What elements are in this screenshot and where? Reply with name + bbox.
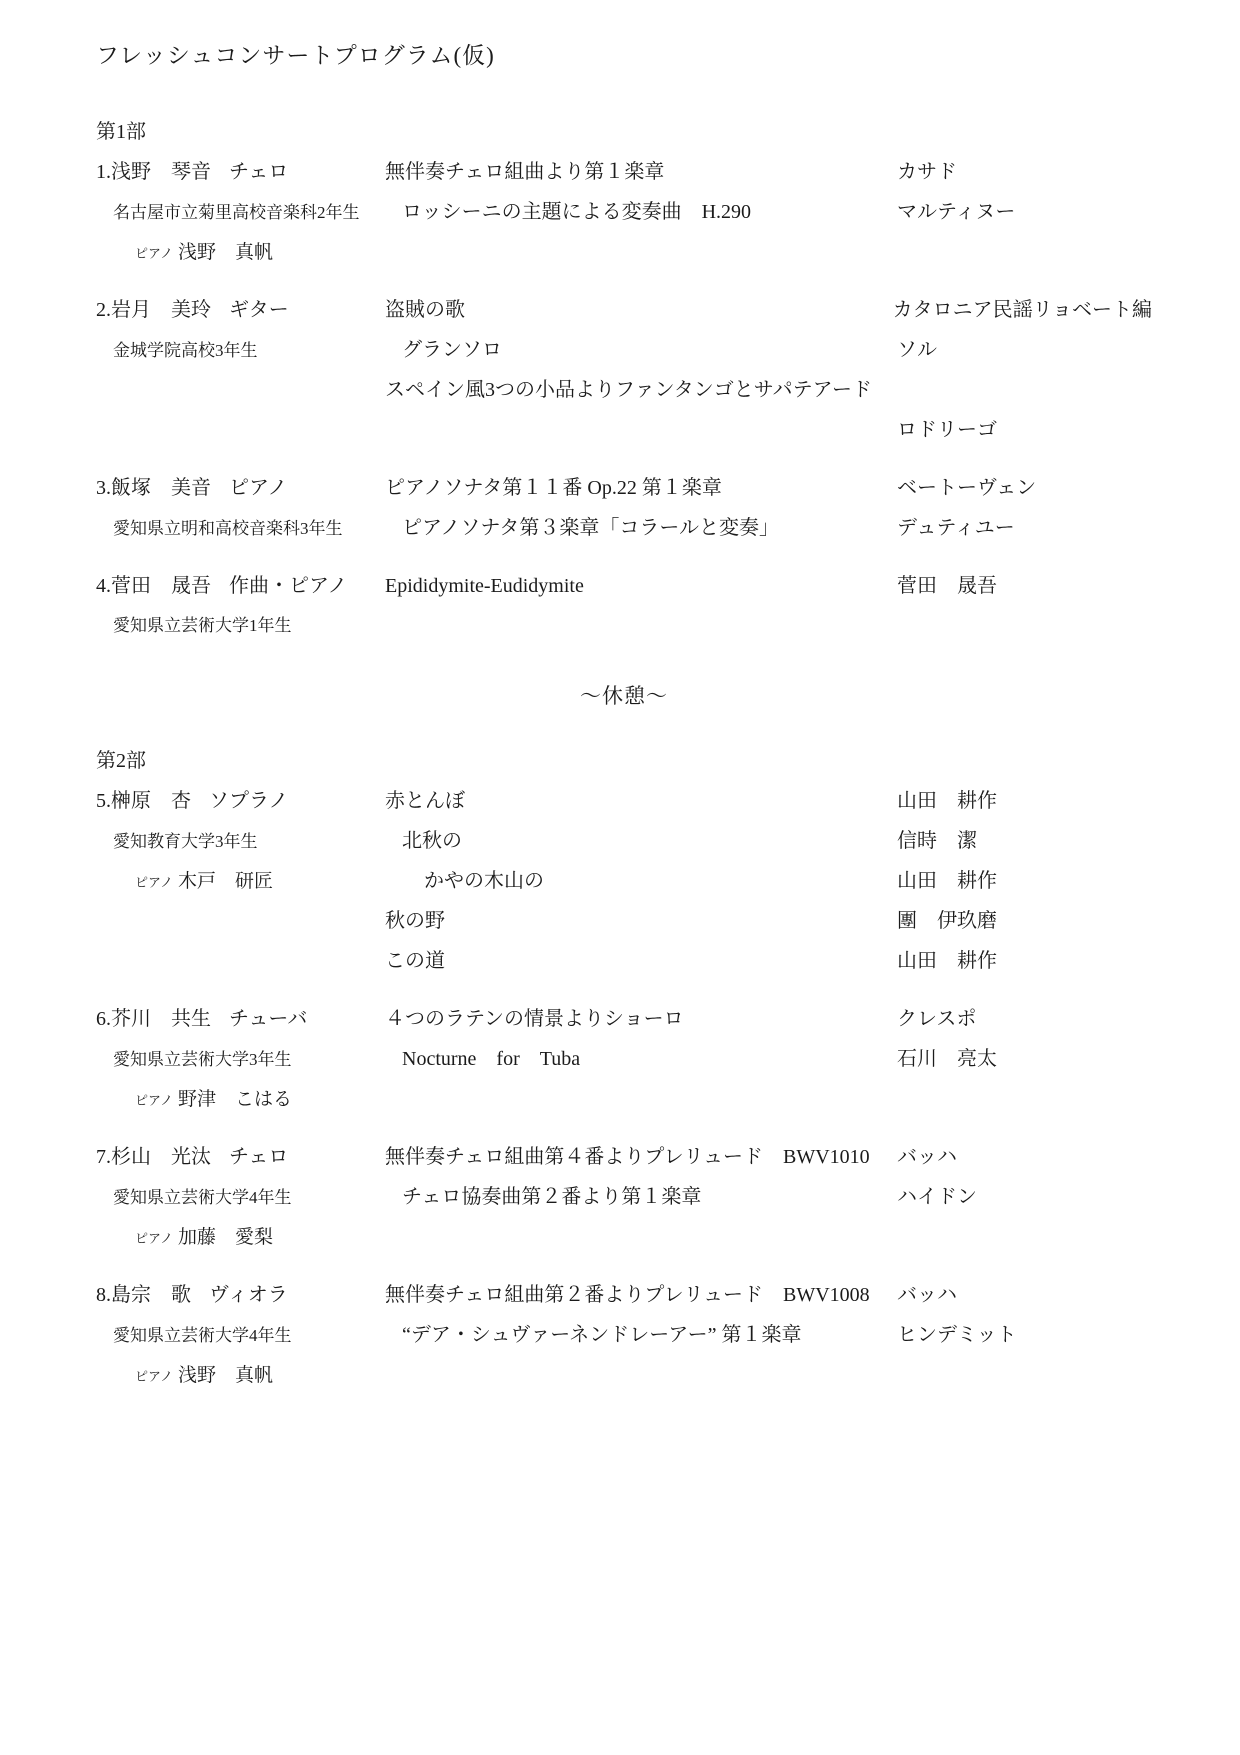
- entry-row: 3.飯塚 美音ピアノ ピアノソナタ第１１番 Op.22 第１楽章 ベートーヴェン: [96, 468, 1152, 508]
- entry-row: 7.杉山 光汰チェロ 無伴奏チェロ組曲第４番よりプレリュード BWV1010 バ…: [96, 1137, 1152, 1177]
- entry-row: 愛知県立芸術大学1年生: [96, 606, 1152, 646]
- piece-composer: 石川 亮太: [897, 1039, 1152, 1079]
- piece-title: スペイン風3つの小品よりファンタンゴとサパテアード: [385, 370, 897, 410]
- performer-name: 菅田 晟吾: [111, 575, 211, 597]
- performer-line: 3.飯塚 美音ピアノ: [96, 468, 385, 508]
- performer-line: 4.菅田 晟吾作曲・ピアノ: [96, 566, 385, 606]
- performer-line: 8.島宗 歌ヴィオラ: [96, 1275, 385, 1315]
- performer-name: 岩月 美玲: [111, 299, 211, 321]
- entry-number: 6.: [96, 1008, 111, 1030]
- entry-row: ピアノ木戸 研匠 かやの木山の 山田 耕作: [96, 861, 1152, 901]
- entry-row: 愛知教育大学3年生 北秋の 信時 潔: [96, 821, 1152, 861]
- piano-label: ピアノ: [135, 246, 173, 261]
- piece-composer: 團 伊玖磨: [897, 901, 1152, 941]
- entry-row: ロドリーゴ: [96, 410, 1152, 450]
- piece-title: 秋の野: [385, 901, 897, 941]
- pianist-name: 野津 こはる: [178, 1089, 292, 1110]
- entry-row: ピアノ野津 こはる: [96, 1079, 1152, 1119]
- accompanist-line: ピアノ木戸 研匠: [96, 861, 424, 903]
- piece-title: 無伴奏チェロ組曲第４番よりプレリュード BWV1010: [385, 1137, 897, 1177]
- entry-row: 愛知県立明和高校音楽科3年生 ピアノソナタ第３楽章「コラールと変奏」 デュティユ…: [96, 508, 1152, 548]
- piano-label: ピアノ: [135, 1093, 173, 1108]
- piece-title: グランソロ: [402, 330, 897, 370]
- entry-row: ピアノ浅野 真帆: [96, 232, 1152, 272]
- program-entry-7: 7.杉山 光汰チェロ 無伴奏チェロ組曲第４番よりプレリュード BWV1010 バ…: [96, 1137, 1152, 1257]
- entry-row: 愛知県立芸術大学4年生 “デア・シュヴァーネンドレーアー” 第１楽章 ヒンデミッ…: [96, 1315, 1152, 1355]
- section-heading-part2: 第2部: [96, 741, 1152, 781]
- accompanist-line: ピアノ浅野 真帆: [96, 1355, 424, 1397]
- page-title: フレッシュコンサートプログラム(仮): [96, 40, 1152, 72]
- performer-instrument: ギター: [229, 299, 289, 321]
- performer-instrument: チェロ: [229, 1146, 288, 1168]
- piece-composer: ヒンデミット: [897, 1315, 1152, 1355]
- performer-instrument: チューバ: [229, 1008, 307, 1030]
- piano-label: ピアノ: [135, 1369, 173, 1384]
- entry-number: 1.: [96, 161, 111, 183]
- program-entry-3: 3.飯塚 美音ピアノ ピアノソナタ第１１番 Op.22 第１楽章 ベートーヴェン…: [96, 468, 1152, 548]
- performer-name: 芥川 共生: [111, 1008, 211, 1030]
- performer-name: 榊原 杏: [111, 790, 191, 812]
- performer-name: 飯塚 美音: [111, 477, 211, 499]
- piece-composer: 信時 潔: [897, 821, 1152, 861]
- piece-composer: カタロニア民謡リョベート編: [893, 290, 1152, 330]
- performer-school: 愛知県立芸術大学4年生: [96, 1178, 402, 1218]
- piano-label: ピアノ: [135, 875, 173, 890]
- piano-label: ピアノ: [135, 1231, 173, 1246]
- entry-row: 4.菅田 晟吾作曲・ピアノ Epididymite-Eudidymite 菅田 …: [96, 566, 1152, 606]
- entry-row: ピアノ浅野 真帆: [96, 1355, 1152, 1395]
- piece-title: Epididymite-Eudidymite: [385, 566, 897, 606]
- performer-name: 島宗 歌: [111, 1284, 191, 1306]
- performer-school: 愛知教育大学3年生: [96, 822, 402, 862]
- program-entry-2: 2.岩月 美玲ギター 盗賊の歌 カタロニア民謡リョベート編 金城学院高校3年生 …: [96, 290, 1152, 450]
- entry-row: ピアノ加藤 愛梨: [96, 1217, 1152, 1257]
- concert-program-page: フレッシュコンサートプログラム(仮) 第1部 1.浅野 琴音チェロ 無伴奏チェロ…: [0, 0, 1240, 1755]
- piece-composer: 菅田 晟吾: [897, 566, 1152, 606]
- pianist-name: 浅野 真帆: [178, 242, 273, 263]
- piece-title: Nocturne for Tuba: [402, 1039, 897, 1079]
- piece-title: ロッシーニの主題による変奏曲 H.290: [402, 192, 897, 232]
- performer-line: 5.榊原 杏ソプラノ: [96, 781, 385, 821]
- entry-row: 1.浅野 琴音チェロ 無伴奏チェロ組曲より第１楽章 カサド: [96, 152, 1152, 192]
- performer-school: 愛知県立明和高校音楽科3年生: [96, 509, 402, 549]
- performer-line: 6.芥川 共生チューバ: [96, 999, 385, 1039]
- entry-number: 8.: [96, 1284, 111, 1306]
- piece-title: ４つのラテンの情景よりショーロ: [385, 999, 897, 1039]
- performer-school: 愛知県立芸術大学3年生: [96, 1040, 402, 1080]
- piece-title: 赤とんぼ: [385, 781, 897, 821]
- pianist-name: 木戸 研匠: [178, 871, 273, 892]
- piece-title: かやの木山の: [424, 861, 897, 901]
- entry-row: 金城学院高校3年生 グランソロ ソル: [96, 330, 1152, 370]
- entry-row: スペイン風3つの小品よりファンタンゴとサパテアード: [96, 370, 1152, 410]
- performer-school: 名古屋市立菊里高校音楽科2年生: [96, 193, 402, 233]
- piece-title: 無伴奏チェロ組曲より第１楽章: [385, 152, 897, 192]
- piece-title: 北秋の: [402, 821, 897, 861]
- piece-title: “デア・シュヴァーネンドレーアー” 第１楽章: [402, 1315, 897, 1355]
- piece-composer: 山田 耕作: [897, 861, 1152, 901]
- intermission-label: ～休憩～: [96, 676, 1152, 716]
- piece-title: チェロ協奏曲第２番より第１楽章: [402, 1177, 897, 1217]
- entry-row: 秋の野 團 伊玖磨: [96, 901, 1152, 941]
- program-entry-1: 1.浅野 琴音チェロ 無伴奏チェロ組曲より第１楽章 カサド 名古屋市立菊里高校音…: [96, 152, 1152, 272]
- piece-composer: クレスポ: [897, 999, 1152, 1039]
- entry-number: 4.: [96, 575, 111, 597]
- accompanist-line: ピアノ加藤 愛梨: [96, 1217, 424, 1259]
- entry-number: 3.: [96, 477, 111, 499]
- program-entry-6: 6.芥川 共生チューバ ４つのラテンの情景よりショーロ クレスポ 愛知県立芸術大…: [96, 999, 1152, 1119]
- performer-instrument: 作曲・ピアノ: [229, 575, 347, 597]
- piece-composer: 山田 耕作: [897, 941, 1152, 981]
- performer-line: 2.岩月 美玲ギター: [96, 290, 385, 330]
- piece-composer: バッハ: [897, 1275, 1152, 1315]
- entry-row: 5.榊原 杏ソプラノ 赤とんぼ 山田 耕作: [96, 781, 1152, 821]
- piece-composer: ベートーヴェン: [897, 468, 1152, 508]
- entry-number: 2.: [96, 299, 111, 321]
- entry-row: この道 山田 耕作: [96, 941, 1152, 981]
- pianist-name: 加藤 愛梨: [178, 1227, 273, 1248]
- piece-composer: 山田 耕作: [897, 781, 1152, 821]
- piece-title: この道: [385, 941, 897, 981]
- entry-row: 6.芥川 共生チューバ ４つのラテンの情景よりショーロ クレスポ: [96, 999, 1152, 1039]
- performer-name: 杉山 光汰: [111, 1146, 211, 1168]
- piece-composer: マルティヌー: [897, 192, 1152, 232]
- entry-number: 7.: [96, 1146, 111, 1168]
- performer-line: 7.杉山 光汰チェロ: [96, 1137, 385, 1177]
- entry-number: 5.: [96, 790, 111, 812]
- performer-school: 愛知県立芸術大学1年生: [96, 606, 402, 646]
- pianist-name: 浅野 真帆: [178, 1365, 273, 1386]
- program-entry-4: 4.菅田 晟吾作曲・ピアノ Epididymite-Eudidymite 菅田 …: [96, 566, 1152, 646]
- piece-composer: バッハ: [897, 1137, 1152, 1177]
- performer-school: 愛知県立芸術大学4年生: [96, 1316, 402, 1356]
- accompanist-line: ピアノ野津 こはる: [96, 1079, 424, 1121]
- piece-composer: ロドリーゴ: [897, 410, 1152, 450]
- entry-row: 8.島宗 歌ヴィオラ 無伴奏チェロ組曲第２番よりプレリュード BWV1008 バ…: [96, 1275, 1152, 1315]
- piece-composer: ソル: [897, 330, 1152, 370]
- entry-row: 名古屋市立菊里高校音楽科2年生 ロッシーニの主題による変奏曲 H.290 マルテ…: [96, 192, 1152, 232]
- section-heading-part1: 第1部: [96, 112, 1152, 152]
- performer-school: 金城学院高校3年生: [96, 331, 402, 371]
- piece-title: 無伴奏チェロ組曲第２番よりプレリュード BWV1008: [385, 1275, 897, 1315]
- performer-instrument: チェロ: [229, 161, 288, 183]
- piece-composer: ハイドン: [897, 1177, 1152, 1217]
- entry-row: 愛知県立芸術大学3年生 Nocturne for Tuba 石川 亮太: [96, 1039, 1152, 1079]
- program-entry-8: 8.島宗 歌ヴィオラ 無伴奏チェロ組曲第２番よりプレリュード BWV1008 バ…: [96, 1275, 1152, 1395]
- performer-name: 浅野 琴音: [111, 161, 211, 183]
- piece-title: 盗賊の歌: [385, 290, 893, 330]
- piece-title: ピアノソナタ第１１番 Op.22 第１楽章: [385, 468, 897, 508]
- piece-composer: デュティユー: [897, 508, 1152, 548]
- performer-instrument: ヴィオラ: [209, 1284, 288, 1306]
- performer-instrument: ソプラノ: [209, 790, 288, 812]
- entry-row: 愛知県立芸術大学4年生 チェロ協奏曲第２番より第１楽章 ハイドン: [96, 1177, 1152, 1217]
- program-entry-5: 5.榊原 杏ソプラノ 赤とんぼ 山田 耕作 愛知教育大学3年生 北秋の 信時 潔…: [96, 781, 1152, 981]
- performer-line: 1.浅野 琴音チェロ: [96, 152, 385, 192]
- piece-title: ピアノソナタ第３楽章「コラールと変奏」: [402, 508, 897, 548]
- entry-row: 2.岩月 美玲ギター 盗賊の歌 カタロニア民謡リョベート編: [96, 290, 1152, 330]
- accompanist-line: ピアノ浅野 真帆: [96, 232, 424, 274]
- performer-instrument: ピアノ: [229, 477, 287, 499]
- piece-composer: カサド: [897, 152, 1152, 192]
